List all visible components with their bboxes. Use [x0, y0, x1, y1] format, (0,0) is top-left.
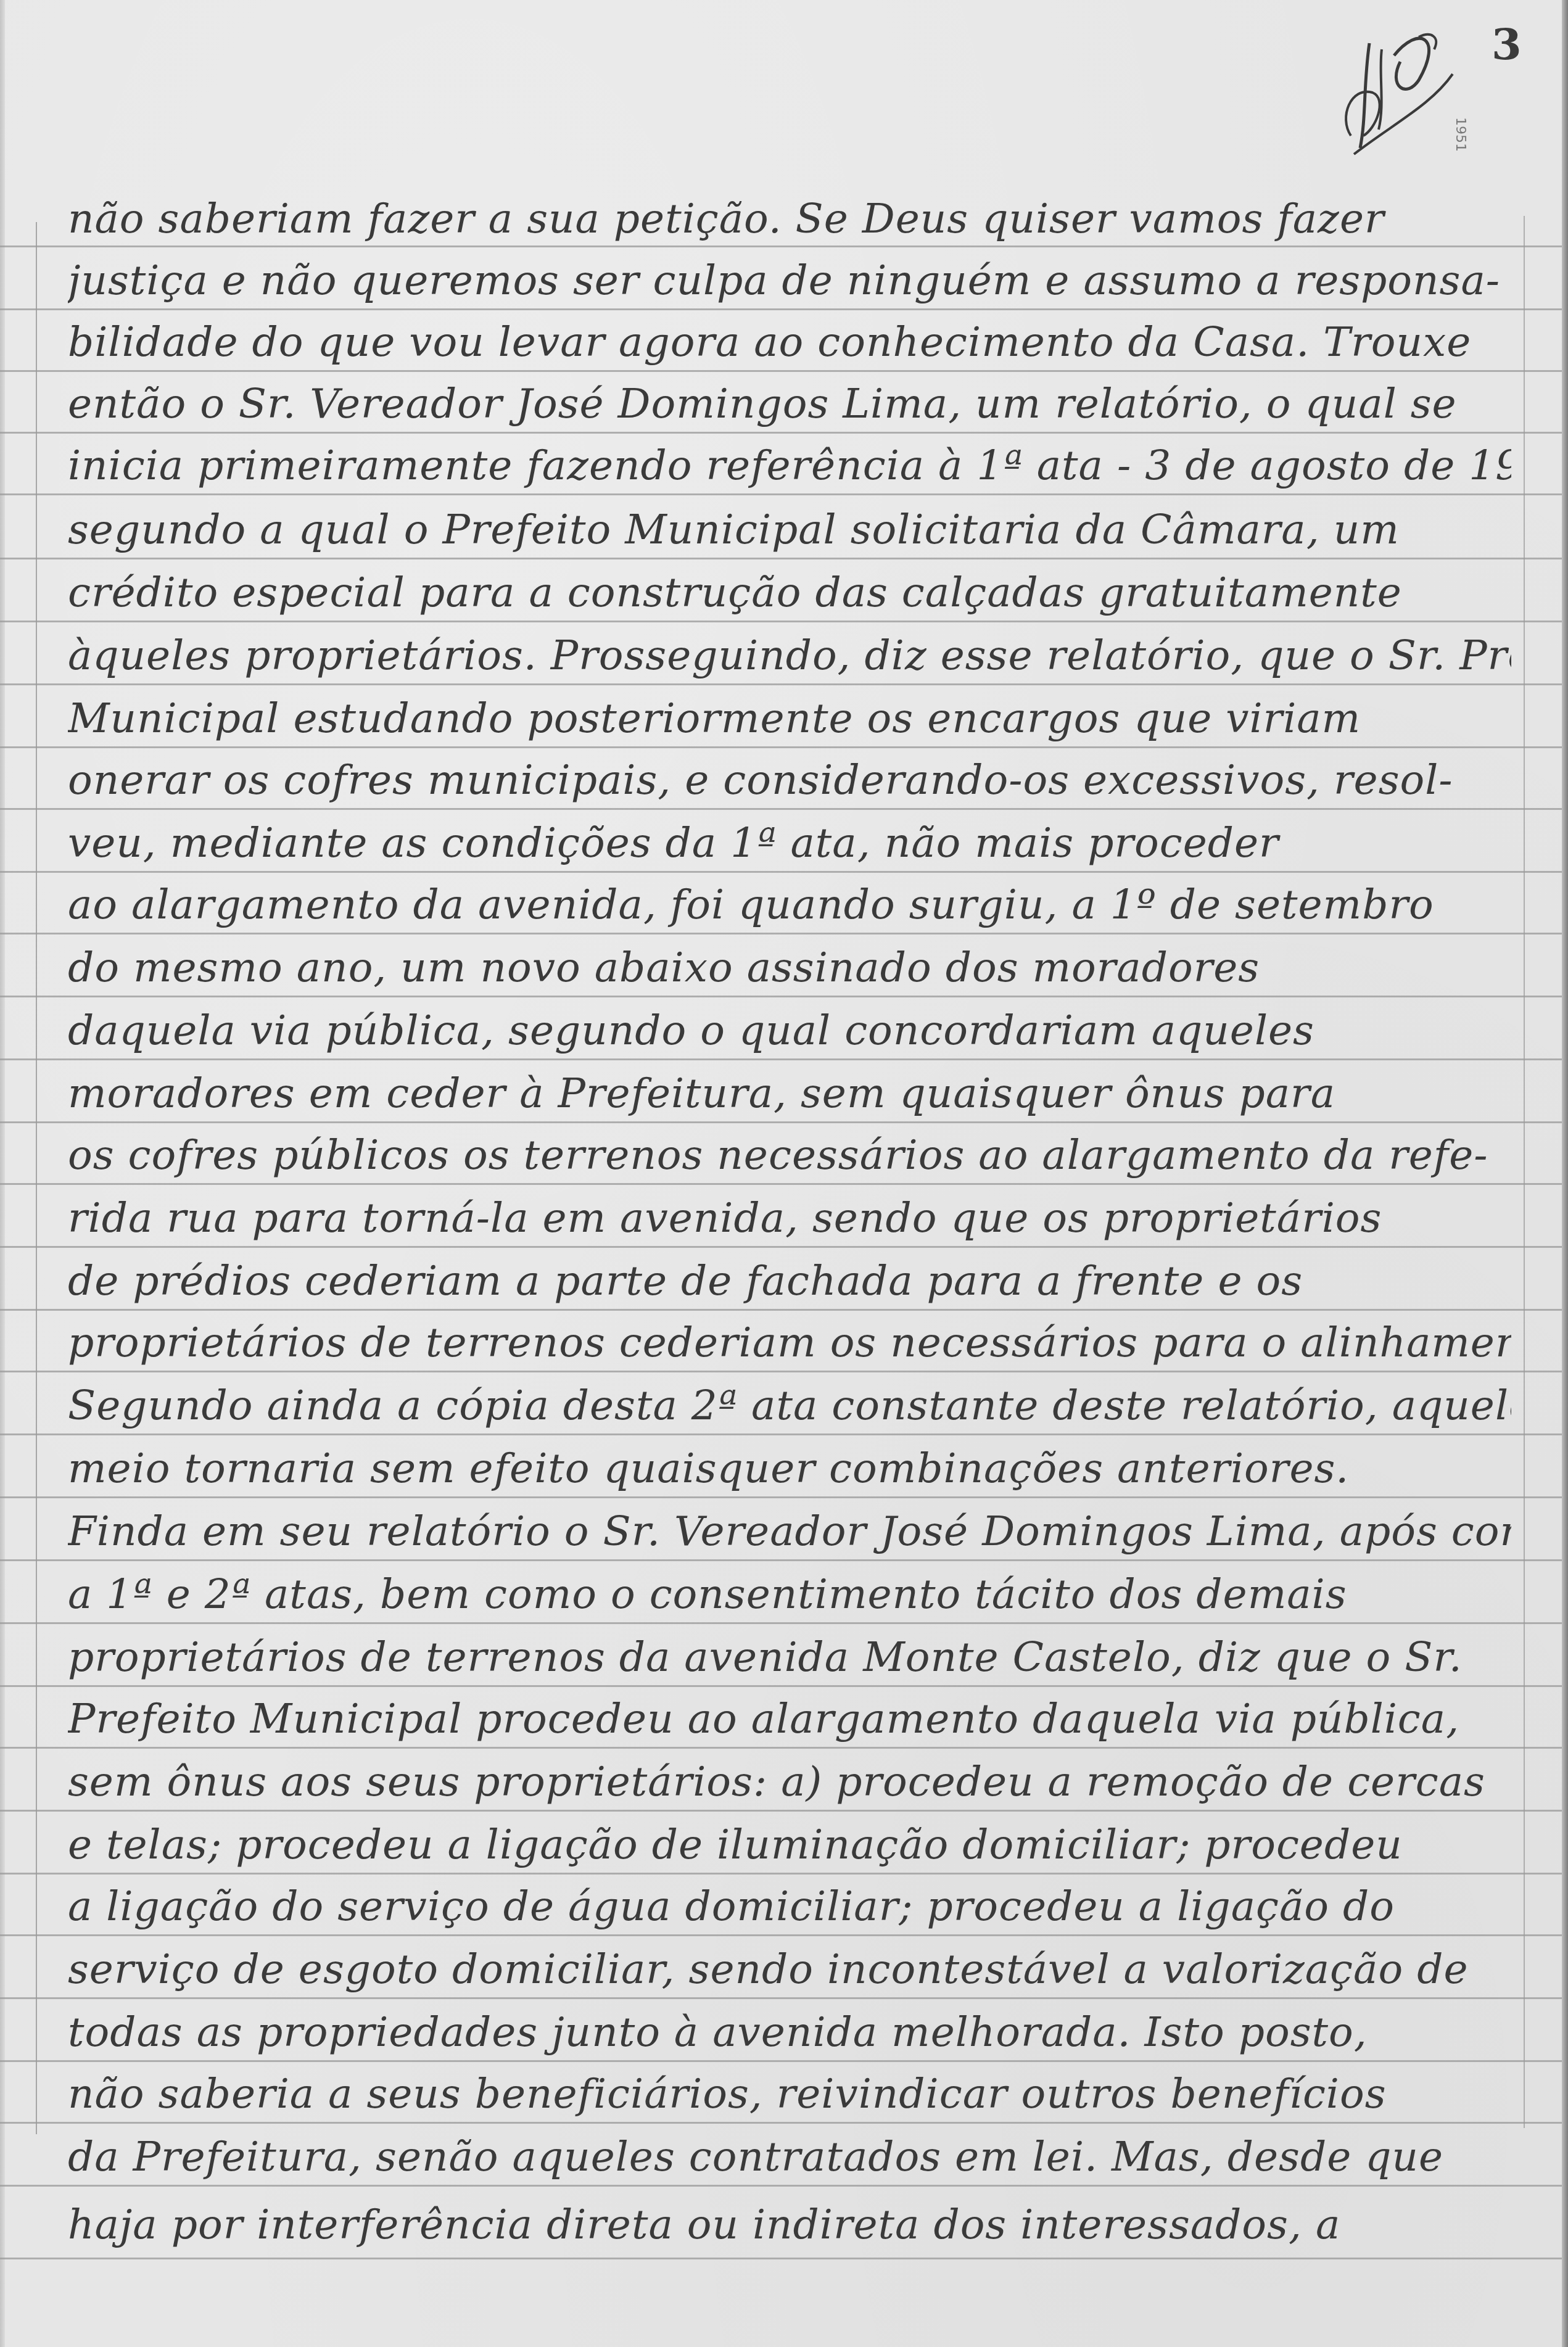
handwritten-line: rida rua para torná-la em avenida, sendo…	[68, 1184, 1511, 1252]
left-margin-line	[36, 222, 37, 2134]
handwritten-line: proprietários de terrenos da avenida Mon…	[68, 1623, 1511, 1691]
handwritten-line: Municipal estudando posteriormente os en…	[68, 685, 1511, 753]
notebook-page: 3 1951 não saberiam fazer a sua petição.…	[0, 0, 1568, 2347]
handwritten-line: todas as propriedades junto à avenida me…	[68, 1998, 1511, 2066]
handwritten-line: justiça e não queremos ser culpa de ning…	[68, 247, 1511, 315]
handwritten-line: Prefeito Municipal procedeu ao alargamen…	[68, 1685, 1511, 1753]
pencil-margin-note: 1951	[1453, 117, 1468, 152]
handwritten-line: os cofres públicos os terrenos necessári…	[68, 1121, 1511, 1189]
handwritten-line: crédito especial para a construção das c…	[68, 559, 1511, 627]
handwritten-line: da Prefeitura, senão aqueles contratados…	[68, 2123, 1511, 2191]
handwritten-line: meio tornaria sem efeito quaisquer combi…	[68, 1435, 1511, 1503]
handwritten-line: serviço de esgoto domiciliar, sendo inco…	[68, 1936, 1511, 2003]
handwritten-line: inicia primeiramente fazendo referência …	[68, 432, 1511, 500]
handwritten-line: daquela via pública, segundo o qual conc…	[68, 997, 1511, 1065]
handwritten-line: e telas; procedeu a ligação de iluminaçã…	[68, 1811, 1511, 1879]
handwritten-line: bilidade do que vou levar agora ao conhe…	[68, 308, 1511, 376]
handwritten-line: Finda em seu relatório o Sr. Vereador Jo…	[68, 1498, 1511, 1565]
handwritten-line: ao alargamento da avenida, foi quando su…	[68, 871, 1511, 939]
handwritten-line: não saberia a seus beneficiários, reivin…	[68, 2060, 1511, 2128]
handwritten-line: então o Sr. Vereador José Domingos Lima,…	[68, 370, 1511, 438]
page-left-edge	[0, 0, 5, 2347]
handwritten-line: moradores em ceder à Prefeitura, sem qua…	[68, 1060, 1511, 1128]
handwritten-line: haja por interferência direta ou indiret…	[68, 2191, 1511, 2259]
handwritten-line: onerar os cofres municipais, e considera…	[68, 746, 1511, 814]
handwritten-line: Segundo ainda a cópia desta 2ª ata const…	[68, 1372, 1511, 1440]
handwritten-line: segundo a qual o Prefeito Municipal soli…	[68, 496, 1511, 564]
handwritten-line: não saberiam fazer a sua petição. Se Deu…	[68, 185, 1511, 253]
handwritten-line: veu, mediante as condições da 1ª ata, nã…	[68, 809, 1511, 877]
handwritten-line: proprietários de terrenos cederiam os ne…	[68, 1309, 1511, 1377]
right-margin-line	[1524, 216, 1525, 2128]
handwritten-line: do mesmo ano, um novo abaixo assinado do…	[68, 934, 1511, 1002]
page-right-edge	[1562, 0, 1568, 2347]
handwritten-line: a 1ª e 2ª atas, bem como o consentimento…	[68, 1561, 1511, 1628]
handwritten-line: sem ônus aos seus proprietários: a) proc…	[68, 1748, 1511, 1816]
handwritten-line: a ligação do serviço de água domiciliar;…	[68, 1873, 1511, 1941]
page-number: 3	[1492, 19, 1522, 70]
handwritten-line: àqueles proprietários. Prosseguindo, diz…	[68, 622, 1511, 690]
handwritten-line: de prédios cederiam a parte de fachada p…	[68, 1247, 1511, 1315]
